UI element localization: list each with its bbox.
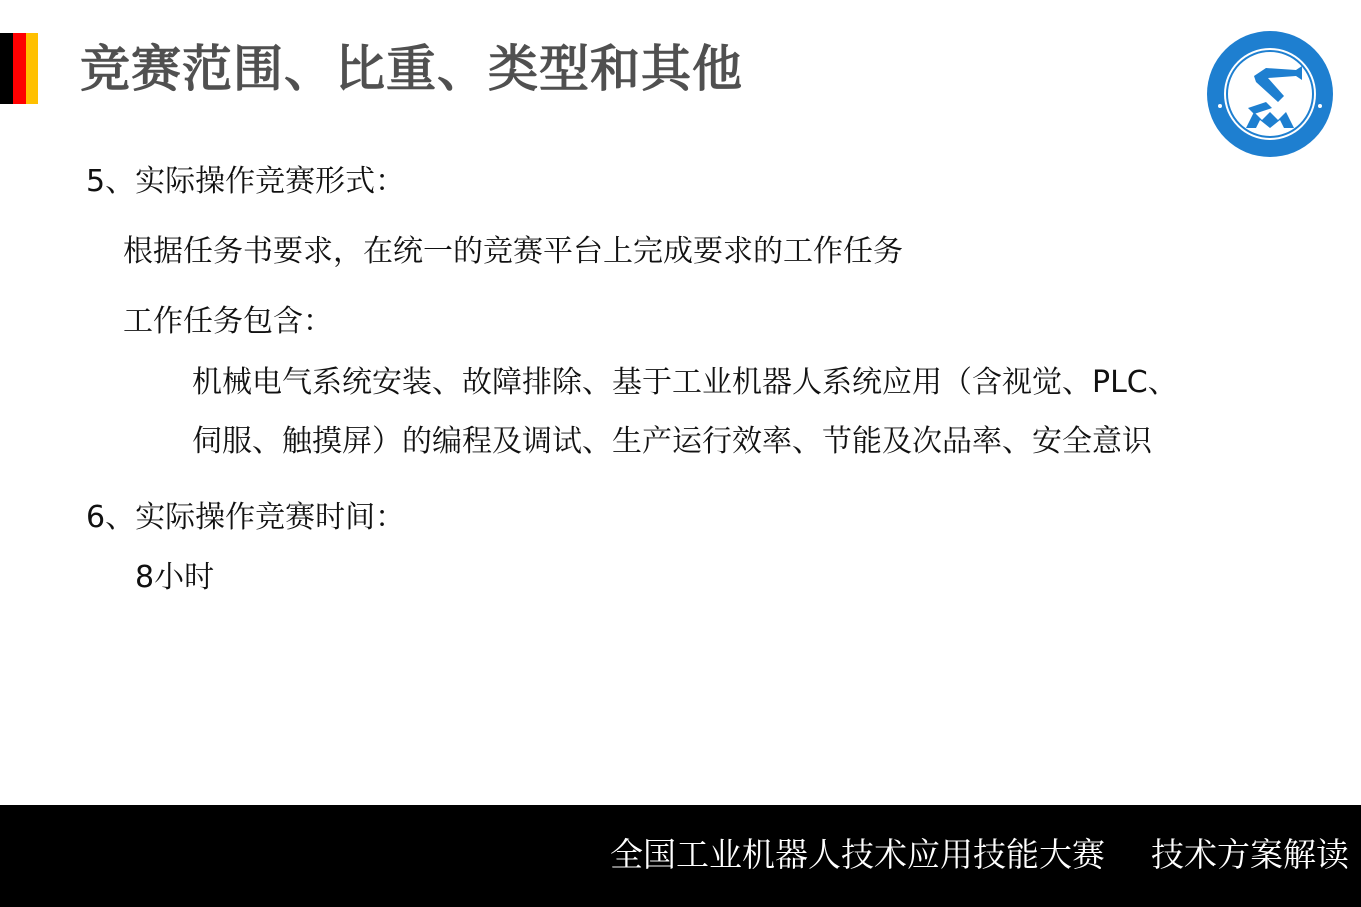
section5-tasks-line1: 机械电气系统安装、故障排除、基于工业机器人系统应用（含视觉、PLC、 — [192, 363, 1178, 403]
competition-emblem-icon — [1206, 30, 1334, 158]
title-stripe-yellow — [26, 33, 38, 104]
footer-competition-name: 全国工业机器人技术应用技能大赛 — [610, 835, 1105, 874]
section5-tasks-label: 工作任务包含： — [123, 302, 333, 342]
section6-value: 8小时 — [135, 558, 214, 598]
page-title: 竞赛范围、比重、类型和其他 — [80, 38, 743, 100]
section5-description: 根据任务书要求，在统一的竞赛平台上完成要求的工作任务 — [123, 232, 903, 272]
title-stripe-black — [0, 33, 13, 104]
section5-tasks-line2: 伺服、触摸屏）的编程及调试、生产运行效率、节能及次品率、安全意识 — [192, 422, 1152, 462]
section6-heading: 6、实际操作竞赛时间： — [86, 498, 405, 538]
footer-subtitle: 技术方案解读 — [1151, 835, 1349, 874]
title-stripe-red — [13, 33, 26, 104]
section5-heading: 5、实际操作竞赛形式： — [86, 162, 405, 202]
footer-text: 全国工业机器人技术应用技能大赛技术方案解读 — [610, 835, 1349, 875]
footer-bar: 全国工业机器人技术应用技能大赛技术方案解读 — [0, 805, 1361, 907]
